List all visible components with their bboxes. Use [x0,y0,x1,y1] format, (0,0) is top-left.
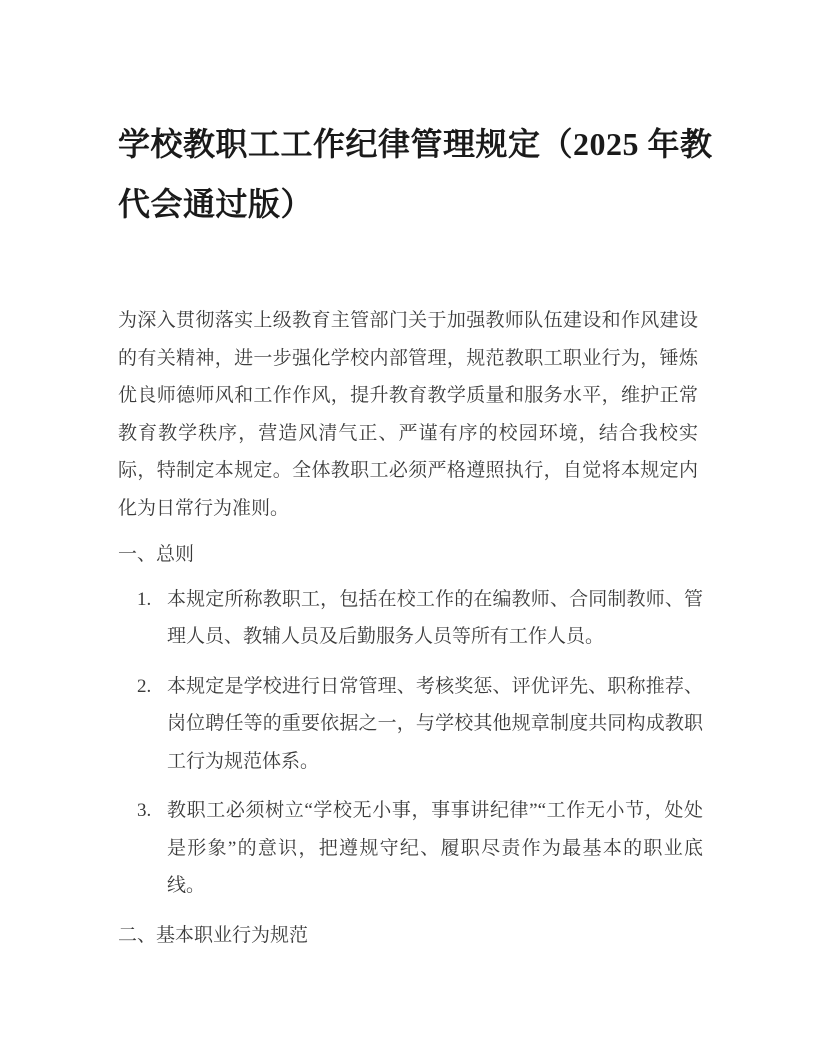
list-item-text: 教职工必须树立“学校无小事，事事讲纪律”“工作无小节，处处是形象”的意识，把遵规… [167,792,703,905]
section-1-list: 1. 本规定所称教职工，包括在校工作的在编教师、合同制教师、管理人员、教辅人员及… [118,581,698,905]
list-item: 3. 教职工必须树立“学校无小事，事事讲纪律”“工作无小节，处处是形象”的意识，… [118,792,698,905]
list-item-number: 2. [137,668,151,706]
intro-paragraph: 为深入贯彻落实上级教育主管部门关于加强教师队伍建设和作风建设的有关精神，进一步强… [118,302,698,527]
document-page: 学校教职工工作纪律管理规定（2025 年教代会通过版） 为深入贯彻落实上级教育主… [0,0,816,1056]
list-item: 2. 本规定是学校进行日常管理、考核奖惩、评优评先、职称推荐、岗位聘任等的重要依… [118,668,698,781]
section-heading-1: 一、总则 [118,536,698,574]
section-heading-2: 二、基本职业行为规范 [118,917,698,955]
document-title: 学校教职工工作纪律管理规定（2025 年教代会通过版） [118,114,730,234]
list-item-text: 本规定所称教职工，包括在校工作的在编教师、合同制教师、管理人员、教辅人员及后勤服… [167,581,703,656]
list-item-text: 本规定是学校进行日常管理、考核奖惩、评优评先、职称推荐、岗位聘任等的重要依据之一… [167,668,703,781]
list-item-number: 1. [137,581,151,619]
list-item: 1. 本规定所称教职工，包括在校工作的在编教师、合同制教师、管理人员、教辅人员及… [118,581,698,656]
document-body: 为深入贯彻落实上级教育主管部门关于加强教师队伍建设和作风建设的有关精神，进一步强… [118,302,698,954]
list-item-number: 3. [137,792,151,830]
